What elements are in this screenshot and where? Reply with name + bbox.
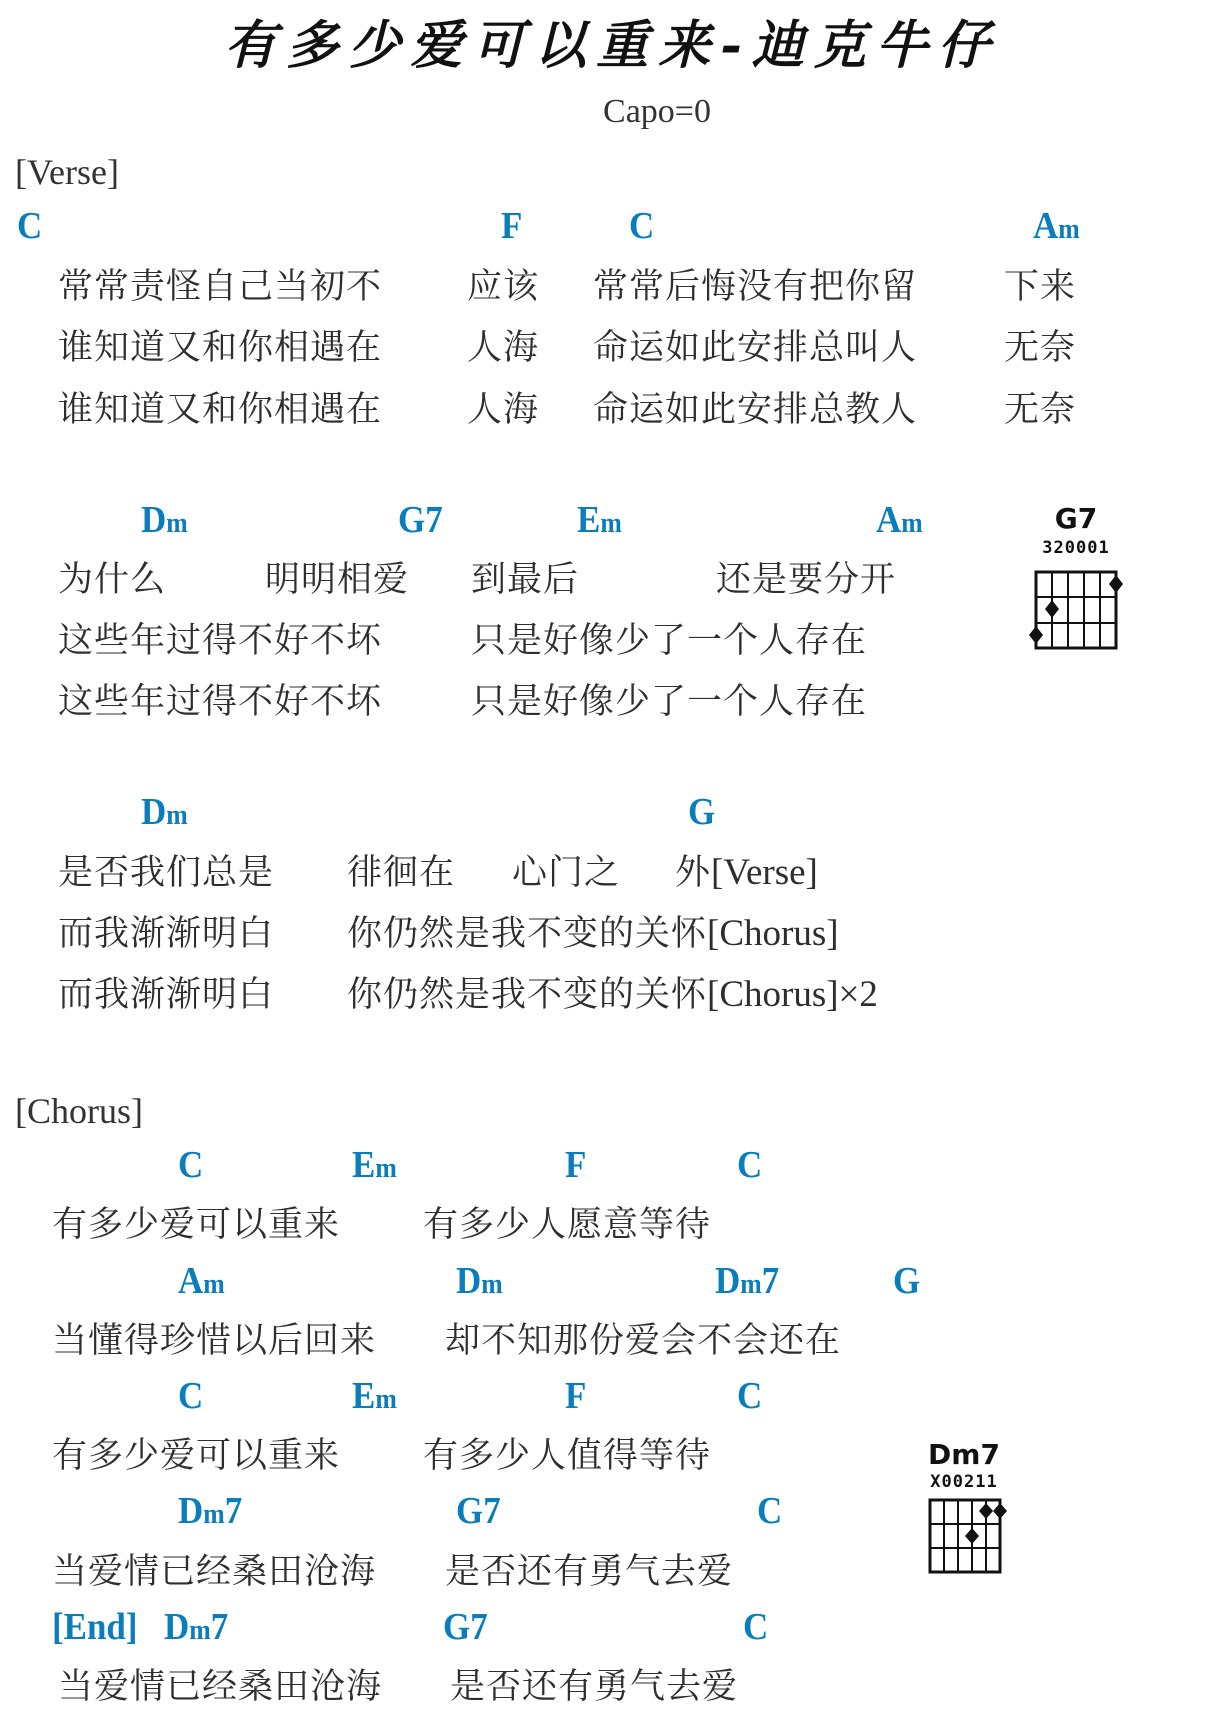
chord: Dm <box>141 792 188 836</box>
lyric-segment: 有多少人值得等待 <box>423 1435 711 1477</box>
lyric-segment: 这些年过得不好不坏 <box>58 681 382 723</box>
lyric-segment: 无奈 <box>1004 389 1076 431</box>
lyric-segment: 有多少人愿意等待 <box>423 1204 711 1246</box>
lyric-segment: 常常责怪自己当初不 <box>58 266 382 308</box>
chord: Dm7 <box>715 1261 779 1305</box>
lyric-segment: 人海 <box>467 389 539 431</box>
chord: Em <box>352 1145 397 1189</box>
lyric-segment: 有多少爱可以重来 <box>52 1204 340 1246</box>
chord: Dm <box>141 500 188 544</box>
chord: C <box>743 1607 768 1647</box>
chord: G <box>688 792 715 832</box>
lyric-segment: 徘徊在 <box>347 852 455 894</box>
capo-label: Capo=0 <box>0 92 1224 132</box>
fretboard-grid-icon <box>918 1492 1010 1578</box>
lyric-segment: 你仍然是我不变的关怀[Chorus]×2 <box>347 974 878 1016</box>
lyric-segment: 心门之 <box>512 852 620 894</box>
chord-diagram-fingering: 320001 <box>1026 538 1126 558</box>
chord: Em <box>577 500 622 544</box>
chord: G7 <box>443 1607 488 1647</box>
chord: C <box>17 206 42 246</box>
chord-diagram-dm7: Dm7 X00211 <box>918 1438 1010 1578</box>
chord-diagram-g7: G7 320001 <box>1026 502 1126 654</box>
lyric-segment: 是否我们总是 <box>58 852 274 894</box>
chord: Am <box>876 500 923 544</box>
lyric-segment: 到最后 <box>471 559 579 601</box>
chord: C <box>737 1376 762 1416</box>
lyric-segment: 当懂得珍惜以后回来 <box>52 1320 376 1362</box>
lyric-segment: 却不知那份爱会不会还在 <box>445 1320 841 1362</box>
lyric-segment: 为什么 <box>58 559 166 601</box>
lyric-segment: 下来 <box>1004 266 1076 308</box>
lyric-segment: 命运如此安排总叫人 <box>593 327 917 369</box>
lyric-segment: 有多少爱可以重来 <box>52 1435 340 1477</box>
chord: G <box>893 1261 920 1301</box>
chord: C <box>757 1491 782 1531</box>
section-ref-verse: [Verse] <box>711 852 818 893</box>
chord: Dm7 <box>178 1491 242 1535</box>
lyric-segment: 这些年过得不好不坏 <box>58 620 382 662</box>
lyric-segment: 谁知道又和你相遇在 <box>58 327 382 369</box>
chord-diagram-fingering: X00211 <box>918 1472 1010 1492</box>
lyric-segment: 只是好像少了一个人存在 <box>471 620 867 662</box>
chord: C <box>178 1376 203 1416</box>
lyric-segment: 明明相爱 <box>265 559 409 601</box>
lyric-segment: 外[Verse] <box>675 852 818 894</box>
lyric-segment: 谁知道又和你相遇在 <box>58 389 382 431</box>
lyric-segment: 而我渐渐明白 <box>58 913 274 955</box>
section-ref-chorus-repeat: [Chorus]×2 <box>707 974 878 1015</box>
chord: Dm <box>456 1261 503 1305</box>
lyric-segment: 应该 <box>467 266 539 308</box>
lyric-text: 你仍然是我不变的关怀 <box>347 914 707 954</box>
lyric-text: 外 <box>675 853 711 893</box>
chord: Dm7 <box>164 1607 228 1651</box>
lyric-segment: 只是好像少了一个人存在 <box>471 681 867 723</box>
lyric-segment: 人海 <box>467 327 539 369</box>
lyric-segment: 当爱情已经桑田沧海 <box>52 1551 376 1593</box>
lyric-segment: 命运如此安排总教人 <box>593 389 917 431</box>
fretboard-grid-icon <box>1026 560 1126 654</box>
chord: Am <box>1033 206 1080 250</box>
chord-diagram-name: G7 <box>1026 502 1126 535</box>
lyric-segment: 无奈 <box>1004 327 1076 369</box>
chord: G7 <box>398 500 443 540</box>
chord: G7 <box>456 1491 501 1531</box>
lyric-segment: 常常后悔没有把你留 <box>593 266 917 308</box>
lyric-segment: 而我渐渐明白 <box>58 974 274 1016</box>
chord: F <box>501 206 522 246</box>
lyric-segment: 你仍然是我不变的关怀[Chorus] <box>347 913 839 955</box>
chord: Em <box>352 1376 397 1420</box>
lyric-segment: 是否还有勇气去爱 <box>445 1551 733 1593</box>
end-label: [End] <box>52 1607 137 1647</box>
lyric-segment: 当爱情已经桑田沧海 <box>58 1666 382 1708</box>
chord: F <box>565 1145 586 1185</box>
chord: F <box>565 1376 586 1416</box>
chord: C <box>629 206 654 246</box>
lyric-segment: 还是要分开 <box>716 559 896 601</box>
lyric-segment: 是否还有勇气去爱 <box>450 1666 738 1708</box>
section-label-verse: [Verse] <box>15 152 119 192</box>
chord: C <box>178 1145 203 1185</box>
section-ref-chorus: [Chorus] <box>707 913 839 954</box>
chord-diagram-name: Dm7 <box>918 1438 1010 1471</box>
song-title: 有多少爱可以重来-迪克牛仔 <box>0 14 1224 78</box>
chord: Am <box>178 1261 225 1305</box>
lyric-text: 你仍然是我不变的关怀 <box>347 975 707 1015</box>
section-label-chorus: [Chorus] <box>15 1091 143 1131</box>
chord: C <box>737 1145 762 1185</box>
